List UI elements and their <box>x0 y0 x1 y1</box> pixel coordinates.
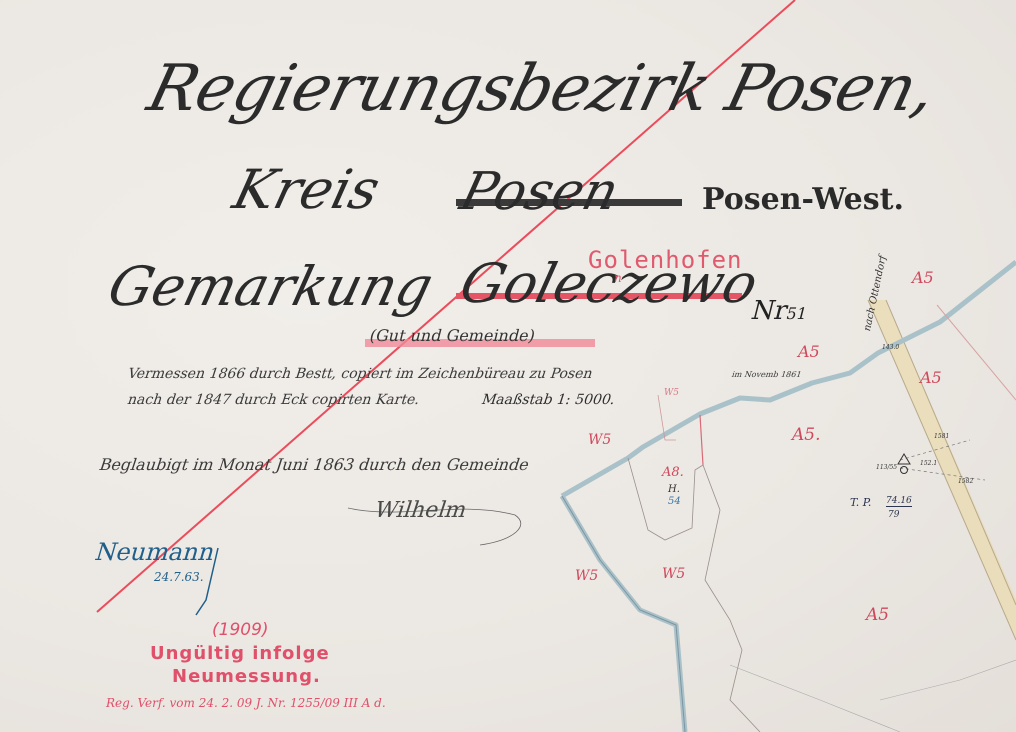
parcel-label: W5 <box>588 432 611 448</box>
field-boundary-southeast <box>880 660 1016 700</box>
stream-lower <box>562 496 685 732</box>
trig-point-label: T. P. <box>850 496 871 509</box>
map-sheet: Regierungsbezirk Posen, Kreis Posen Pose… <box>0 0 1016 732</box>
stamp-line1: Ungültig infolge <box>150 643 330 664</box>
survey-point-icon <box>901 467 908 474</box>
signature-blue-date: 24.7.63. <box>154 570 204 584</box>
stamp-year: (1909) <box>212 620 269 640</box>
trig-point-sub: 79 <box>888 510 899 520</box>
heading-kreis-label: Kreis <box>227 158 386 221</box>
survey-fraction: 113/55 <box>876 464 897 471</box>
parcel-label: W5 <box>575 568 598 584</box>
parcel-number-top: H. <box>668 484 680 495</box>
parcel-label: A8. <box>662 465 684 480</box>
correction-mark: n <box>614 271 622 285</box>
survey-note-line1-suffix: im Novemb 1861 <box>731 370 803 379</box>
field-boundary-west <box>628 458 760 732</box>
parcel-label: W5 <box>662 566 685 582</box>
parcel-label: A5 <box>866 605 889 625</box>
parcel-label: A5 <box>798 342 820 361</box>
parcel-label: W5 <box>664 388 679 398</box>
signature-grey: Wilhelm <box>371 498 471 523</box>
stamp-reference: Reg. Verf. vom 24. 2. 09 J. Nr. 1255/09 … <box>106 696 386 710</box>
survey-number: 1582 <box>958 478 973 485</box>
triangulation-icon <box>898 454 910 464</box>
sheet-number: Nr51 <box>748 296 811 326</box>
field-boundary <box>937 305 1016 400</box>
parcel-line <box>700 415 703 465</box>
stamp-line2: Neumessung. <box>172 666 321 687</box>
certification-note: Beglaubigt im Monat Juni 1863 durch den … <box>97 455 532 474</box>
survey-number: 152.1 <box>920 460 937 467</box>
signature-blue: Neumann <box>92 538 219 566</box>
trig-point-number: 74.16 <box>886 496 912 507</box>
survey-number: 1581 <box>934 433 949 440</box>
parcel-label: A5. <box>792 425 821 445</box>
subtitle-struck: (Gut und Gemeinde) <box>368 326 538 345</box>
heading-kreis-struck: Posen <box>455 162 625 222</box>
heading-gemarkung-replacement: Golenhofen <box>588 246 743 274</box>
heading-regierungsbezirk: Regierungsbezirk Posen, <box>141 52 943 126</box>
heading-gemarkung-label: Gemarkung <box>102 255 439 318</box>
elevation-label: 143.0 <box>882 344 899 351</box>
field-boundary-south <box>730 665 900 732</box>
survey-note-line1: Vermessen 1866 durch Bestt, copiert im Z… <box>125 366 595 382</box>
parcel-label: A5 <box>920 368 942 387</box>
survey-note-line2: nach der 1847 durch Eck copirten Karte. <box>125 392 422 408</box>
scale-note: Maaßstab 1: 5000. <box>479 392 617 408</box>
road-edge-right <box>886 300 1016 605</box>
parcel-label: A5 <box>912 268 934 287</box>
heading-kreis-replacement: Posen-West. <box>702 182 904 217</box>
parcel-number-bottom: 54 <box>668 496 681 507</box>
